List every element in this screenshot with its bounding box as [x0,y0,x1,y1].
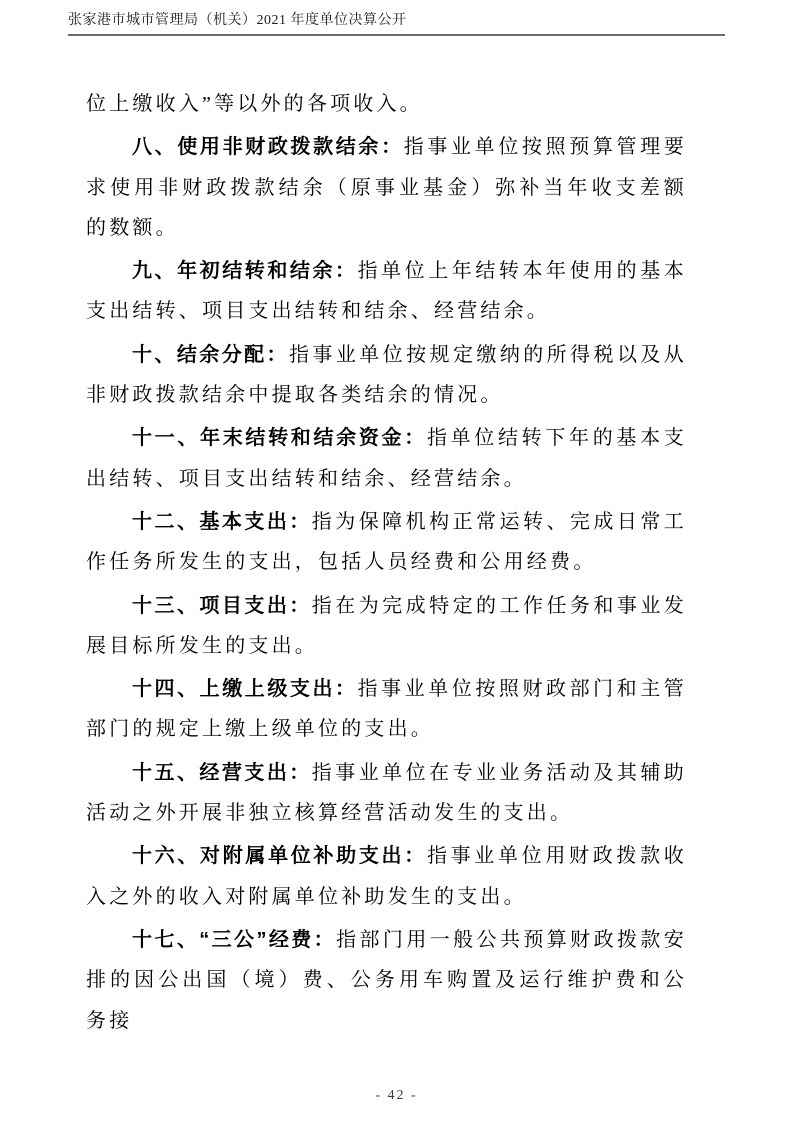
definition-paragraph-10: 十、结余分配：指事业单位按规定缴纳的所得税以及从非财政拨款结余中提取各类结余的情… [86,335,687,416]
page-footer: - 42 - [0,1086,793,1104]
definition-paragraph-8: 八、使用非财政拨款结余：指事业单位按照预算管理要求使用非财政拨款结余（原事业基金… [86,127,687,248]
term-label: 十、结余分配： [132,344,289,366]
term-label: 十五、经营支出： [132,762,312,784]
term-label: 八、使用非财政拨款结余： [132,136,404,158]
page-header: 张家港市城市管理局（机关）2021 年度单位决算公开 [68,13,725,36]
term-label: 十六、对附属单位补助支出： [132,845,427,867]
term-label: 十四、上缴上级支出： [132,678,358,700]
term-label: 十三、项目支出： [132,595,312,617]
definition-paragraph-14: 十四、上缴上级支出：指事业单位按照财政部门和主管部门的规定上缴上级单位的支出。 [86,669,687,750]
definition-paragraph-15: 十五、经营支出：指事业单位在专业业务活动及其辅助活动之外开展非独立核算经营活动发… [86,753,687,834]
document-title: 张家港市城市管理局（机关）2021 年度单位决算公开 [68,13,725,29]
term-label: 十二、基本支出： [132,511,312,533]
paragraph-continuation: 位上缴收入”等以外的各项收入。 [86,84,687,124]
term-label: 十一、年末结转和结余资金： [132,427,427,449]
document-body: 位上缴收入”等以外的各项收入。 八、使用非财政拨款结余：指事业单位按照预算管理要… [86,84,687,1041]
definition-paragraph-13: 十三、项目支出：指在为完成特定的工作任务和事业发展目标所发生的支出。 [86,586,687,667]
definition-paragraph-16: 十六、对附属单位补助支出：指事业单位用财政拨款收入之外的收入对附属单位补助发生的… [86,836,687,917]
document-page: 张家港市城市管理局（机关）2021 年度单位决算公开 位上缴收入”等以外的各项收… [0,0,793,1122]
paragraph-text: 位上缴收入”等以外的各项收入。 [86,93,423,115]
term-label: 九、年初结转和结余： [132,260,358,282]
definition-paragraph-11: 十一、年末结转和结余资金：指单位结转下年的基本支出结转、项目支出结转和结余、经营… [86,418,687,499]
definition-paragraph-17: 十七、“三公”经费：指部门用一般公共预算财政拨款安排的因公出国（境）费、公务用车… [86,920,687,1041]
term-label: 十七、“三公”经费： [132,929,336,951]
page-number: - 42 - [375,1088,417,1103]
definition-paragraph-12: 十二、基本支出：指为保障机构正常运转、完成日常工作任务所发生的支出，包括人员经费… [86,502,687,583]
definition-paragraph-9: 九、年初结转和结余：指单位上年结转本年使用的基本支出结转、项目支出结转和结余、经… [86,251,687,332]
